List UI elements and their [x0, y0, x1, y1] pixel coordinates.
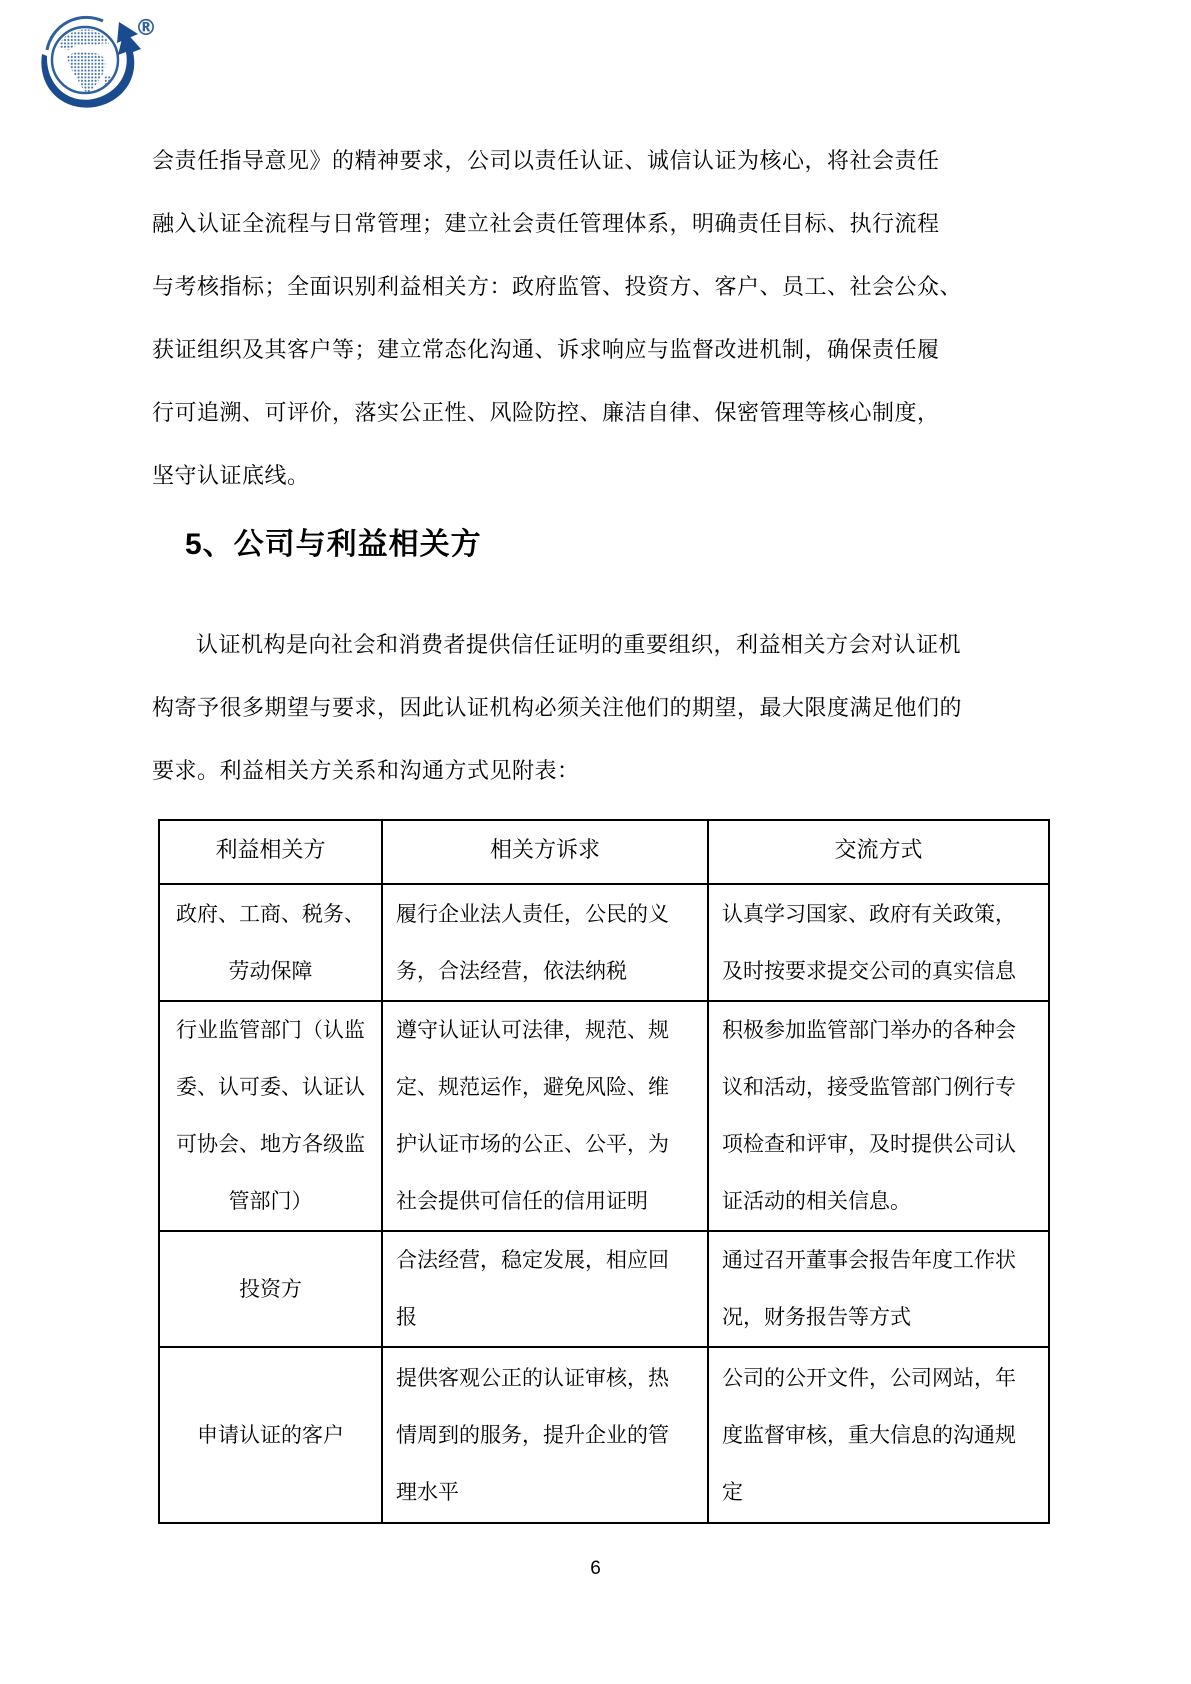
text-line: 与考核指标；全面识别利益相关方：政府监管、投资方、客户、员工、社会公众、: [152, 255, 1044, 318]
header-demands: 相关方诉求: [382, 820, 708, 884]
text-line: 行可追溯、可评价，落实公正性、风险防控、廉洁自律、保密管理等核心制度，: [152, 381, 1044, 444]
table-row: 政府、工商、税务、 劳动保障 履行企业法人责任，公民的义 务，合法经营，依法纳税…: [159, 884, 1049, 1001]
text-line: 坚守认证底线。: [152, 444, 1044, 507]
company-logo: ®: [33, 8, 157, 120]
text-line: 获证组织及其客户等；建立常态化沟通、诉求响应与监督改进机制，确保责任履: [152, 318, 1044, 381]
cell-demands: 遵守认证认可法律，规范、规 定、规范运作，避免风险、维 护认证市场的公正、公平，…: [382, 1001, 708, 1231]
text-line: 会责任指导意见》的精神要求，公司以责任认证、诚信认证为核心，将社会责任: [152, 129, 1044, 192]
cell-demands: 合法经营，稳定发展，相应回 报: [382, 1231, 708, 1347]
text-line: 构寄予很多期望与要求，因此认证机构必须关注他们的期望，最大限度满足他们的: [152, 676, 1044, 739]
document-page: ® 会责任指导意见》的精神要求，公司以责任认证、诚信认证为核心，将社会责任 融入…: [0, 0, 1191, 1684]
table-row: 行业监管部门（认监 委、认可委、认证认 可协会、地方各级监 管部门） 遵守认证认…: [159, 1001, 1049, 1231]
paragraph-stakeholders-intro: 认证机构是向社会和消费者提供信任证明的重要组织，利益相关方会对认证机 构寄予很多…: [152, 613, 1044, 802]
cell-demands: 履行企业法人责任，公民的义 务，合法经营，依法纳税: [382, 884, 708, 1001]
header-stakeholder: 利益相关方: [159, 820, 382, 884]
cell-communication: 通过召开董事会报告年度工作状 况，财务报告等方式: [708, 1231, 1049, 1347]
text-line: 要求。利益相关方关系和沟通方式见附表：: [152, 739, 1044, 802]
cell-demands: 提供客观公正的认证审核，热 情周到的服务，提升企业的管 理水平: [382, 1347, 708, 1523]
cell-stakeholder: 投资方: [159, 1231, 382, 1347]
cell-stakeholder: 申请认证的客户: [159, 1347, 382, 1523]
cell-stakeholder: 政府、工商、税务、 劳动保障: [159, 884, 382, 1001]
table-row: 申请认证的客户 提供客观公正的认证审核，热 情周到的服务，提升企业的管 理水平 …: [159, 1347, 1049, 1523]
text-line: 认证机构是向社会和消费者提供信任证明的重要组织，利益相关方会对认证机: [152, 613, 1044, 676]
cell-communication: 认真学习国家、政府有关政策， 及时按要求提交公司的真实信息: [708, 884, 1049, 1001]
table-row: 投资方 合法经营，稳定发展，相应回 报 通过召开董事会报告年度工作状 况，财务报…: [159, 1231, 1049, 1347]
cell-stakeholder: 行业监管部门（认监 委、认可委、认证认 可协会、地方各级监 管部门）: [159, 1001, 382, 1231]
paragraph-social-responsibility: 会责任指导意见》的精神要求，公司以责任认证、诚信认证为核心，将社会责任 融入认证…: [152, 129, 1044, 507]
stakeholder-table: 利益相关方 相关方诉求 交流方式 政府、工商、税务、 劳动保障 履行企业法人责任…: [158, 819, 1050, 1524]
cell-communication: 积极参加监管部门举办的各种会 议和活动，接受监管部门例行专 项检查和评审，及时提…: [708, 1001, 1049, 1231]
text-line: 融入认证全流程与日常管理；建立社会责任管理体系，明确责任目标、执行流程: [152, 192, 1044, 255]
cell-communication: 公司的公开文件，公司网站，年 度监督审核，重大信息的沟通规 定: [708, 1347, 1049, 1523]
registered-trademark: ®: [135, 18, 157, 40]
globe-arrow-logo-icon: [33, 8, 145, 118]
page-number: 6: [0, 1558, 1191, 1580]
table-header-row: 利益相关方 相关方诉求 交流方式: [159, 820, 1049, 884]
header-communication: 交流方式: [708, 820, 1049, 884]
section-heading: 5、公司与利益相关方: [185, 514, 482, 576]
